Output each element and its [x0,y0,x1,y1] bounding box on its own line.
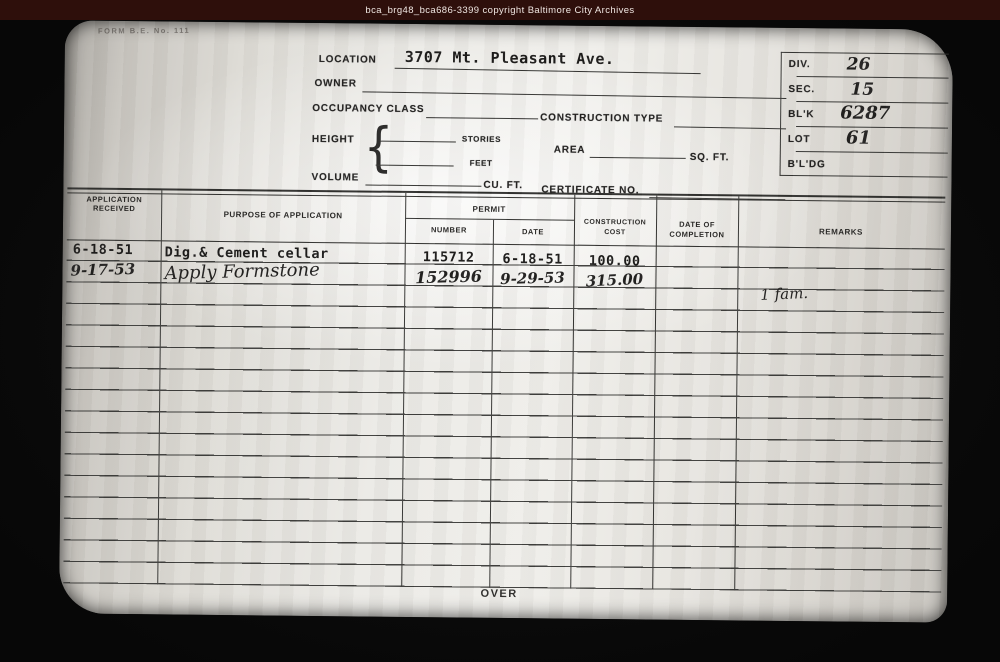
location-underline [395,68,701,74]
header-purpose: PURPOSE OF APPLICATION [224,210,343,220]
header-permit: PERMIT [473,205,506,214]
cell-cost-2: 315.00 [585,270,643,290]
table-top-double-line [67,192,945,202]
div-label: DIV. [789,59,811,70]
lot-line [796,151,948,154]
bldg-label: B'L'DG [788,159,826,170]
info-box-left-border [780,52,782,176]
copyright-text: bca_brg48_bca686-3399 copyright Baltimor… [365,5,634,16]
owner-label: OWNER [314,78,356,89]
permit-table: APPLICATION RECEIVED PURPOSE OF APPLICAT… [63,187,945,592]
blk-label: BL'K [788,109,814,120]
height-brace: { [363,115,393,177]
lot-label: LOT [788,134,811,145]
area-label: AREA [554,144,586,155]
cell-received-1: 6-18-51 [73,241,134,258]
div-value: 26 [847,55,871,75]
copyright-banner: bca_brg48_bca686-3399 copyright Baltimor… [0,0,1000,20]
cuft-label: CU. FT. [483,180,523,191]
table-body-ruled-lines: 6-18-51 Dig.& Cement cellar 115712 6-18-… [63,239,945,592]
cell-remarks-2: 1 fam. [760,284,809,304]
form-number: FORM B.E. No. 111 [98,26,190,36]
blk-line [796,126,948,129]
header-date-of: DATE OF [679,220,715,229]
over-label: OVER [454,587,544,600]
construction-type-label: CONSTRUCTION TYPE [540,112,663,124]
area-underline [590,157,686,159]
info-box-bottom-line [780,175,948,178]
height-label: HEIGHT [312,134,355,145]
occupancy-class-label: OCCUPANCY CLASS [312,103,424,115]
permit-group-underline [405,218,574,221]
construction-type-underline [674,126,786,129]
volume-underline [365,185,481,187]
cell-received-2: 9-17-53 [70,260,135,280]
header-cost: COST [604,229,626,236]
sqft-label: SQ. FT. [690,152,730,163]
cell-number-2: 152996 [415,267,482,288]
occupancy-underline [426,117,538,119]
sec-value: 15 [850,80,874,100]
header-completion: COMPLETION [669,230,724,240]
table-row: 6-18-51 Dig.& Cement cellar 115712 6-18-… [67,239,945,248]
location-label: LOCATION [319,54,377,66]
volume-label: VOLUME [311,172,359,183]
sec-label: SEC. [788,84,815,95]
cell-number-1: 115712 [423,249,475,266]
cell-purpose-2: Apply Formstone [164,259,320,284]
blk-value: 6287 [840,102,890,124]
cell-date-2: 9-29-53 [500,268,565,288]
stories-label: STORIES [462,135,501,144]
lot-value: 61 [846,128,871,149]
location-value: 3707 Mt. Pleasant Ave. [405,48,615,68]
div-line [797,76,949,79]
header-remarks: REMARKS [819,227,863,236]
header-number: NUMBER [431,225,467,234]
cell-date-1: 6-18-51 [502,251,563,268]
header-date: DATE [522,227,544,236]
owner-underline [362,91,786,99]
cell-cost-1: 100.00 [589,253,641,270]
header-received: RECEIVED [93,204,135,213]
photo-background: bca_brg48_bca686-3399 copyright Baltimor… [0,0,1000,662]
parcel-info-box: DIV. 26 SEC. 15 BL'K 6287 LOT 61 B'L'DG [65,20,953,29]
index-card: FORM B.E. No. 111 LOCATION 3707 Mt. Plea… [59,20,953,622]
feet-label: FEET [470,159,493,168]
header-construction: CONSTRUCTION [584,219,646,227]
